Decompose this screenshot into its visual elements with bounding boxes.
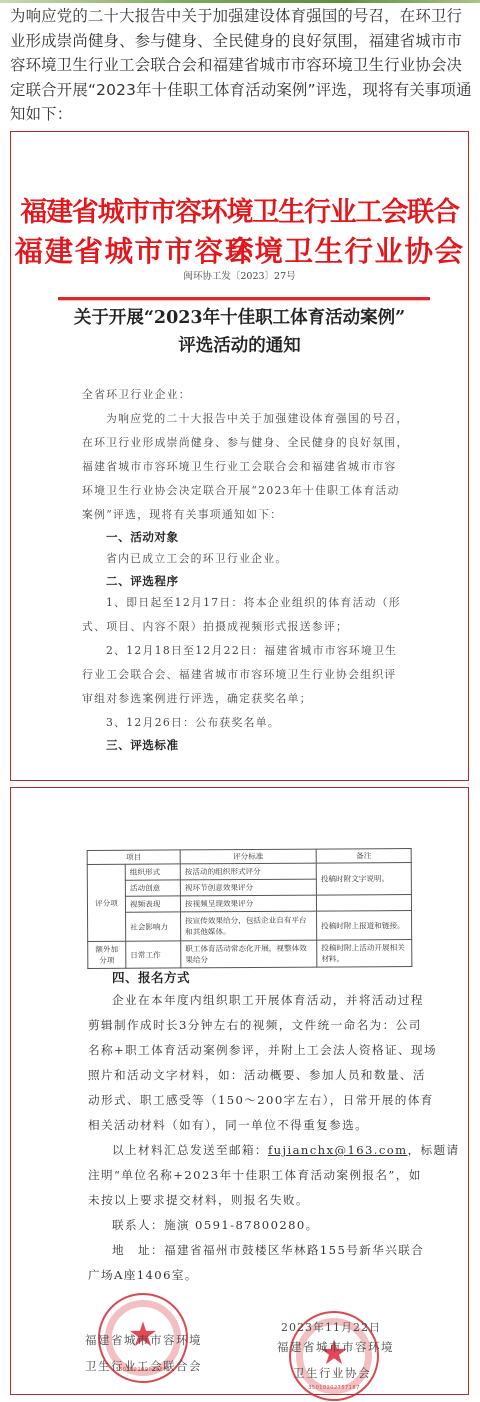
group-cell: 评分项 — [87, 864, 125, 941]
seal-number: 35010202757187 — [291, 1385, 377, 1391]
notice-title-line2: 评选活动的通知 — [11, 332, 468, 357]
body-line: 福建省城市市容环境卫生行业工会联合会和福建省城市市容 — [82, 459, 397, 474]
body-line: 2、12月18日至12月22日：福建省城市市容环境卫生 — [106, 643, 397, 658]
note-cell: 投稿时附文字说明。 — [316, 863, 411, 896]
header-note: 备注 — [316, 849, 411, 864]
table-row: 额外加分项 日常工作 职工体育活动常态化开展，视整体效果给分 投稿时附上活动开展… — [88, 940, 412, 969]
body-line: 省内已成立工会的环卫行业企业。 — [106, 551, 287, 566]
table-row: 视频表现 按视频呈现效果评分 — [87, 895, 411, 913]
signature-left-line2: 卫生行业工会联合会 — [85, 1358, 202, 1374]
item-cell: 日常工作 — [126, 941, 181, 968]
header-item: 项目 — [87, 850, 180, 865]
address-line-2: 广场A座1406室。 — [88, 1267, 198, 1283]
body-line: 照片和活动文字材料，如：活动概要、参加人员和数量、活 — [88, 1067, 426, 1083]
body-line: 式、项目、内容不限）拍摄成视频形式报送参评； — [82, 619, 348, 634]
item-cell: 活动创意 — [125, 880, 180, 896]
date-line: 2023年11月22日 — [281, 1319, 381, 1335]
body-line: 1、即日起至12月17日：将本企业组织的体育活动（形 — [106, 595, 401, 610]
address-line: 地 址：福建省福州市鼓楼区华林路155号新华兴联合 — [112, 1242, 424, 1258]
signature-left-line1: 福建省城市市容环境 — [85, 1332, 202, 1348]
group-cell: 额外加分项 — [88, 941, 126, 968]
notice-title-line1: 关于开展“2023年十佳职工体育活动案例” — [11, 304, 468, 329]
header-criteria: 评分标准 — [180, 849, 316, 864]
note-cell: 投稿时附上报道和链接。 — [317, 911, 412, 941]
scoring-criteria-table: 项目 评分标准 备注 评分项 组织形式 按活动的组织形式评分 投稿时附文字说明。… — [87, 848, 413, 969]
section-heading-4: 四、报名方式 — [112, 968, 190, 986]
body-line: 3、12月26日：公布获奖名单。 — [106, 715, 280, 730]
body-line: 为响应党的二十大报告中关于加强建设体育强国的号召， — [106, 411, 408, 426]
email-link[interactable]: fujianchx@163.com — [268, 1143, 408, 1157]
criteria-cell: 按宣传效果给分，包括企业自有平台和其他媒体。 — [181, 911, 317, 941]
body-line: 在环卫行业形成崇尚健身、参与健身、全民健身的良好氛围， — [82, 435, 409, 450]
body-line: 名称+职工体育活动案例参评，并附上工会法人资格证、现场 — [88, 1042, 437, 1058]
body-line: 案例”评选，现将有关事项通知如下： — [82, 507, 282, 522]
body-line: 企业在本年度内组织职工开展体育活动，并将活动过程 — [112, 992, 424, 1008]
table-row: 评分项 组织形式 按活动的组织形式评分 投稿时附文字说明。 — [87, 863, 411, 881]
body-line: 行业工会联合会、福建省城市市容环境卫生行业协会组织评 — [82, 667, 397, 682]
body-line: 剪辑制作成时长3分钟左右的视频，文件统一命名为：公司 — [88, 1017, 422, 1033]
criteria-cell: 按活动的组织形式评分 — [180, 863, 316, 880]
body-line: 动形式、职工感受等（150～200字左右），日常开展的体育 — [88, 1092, 434, 1108]
document-page-2-image: 项目 评分标准 备注 评分项 组织形式 按活动的组织形式评分 投稿时附文字说明。… — [10, 787, 469, 1395]
note-cell — [316, 895, 411, 912]
top-accent-line — [0, 0, 480, 3]
signature-right-line1: 福建省城市市容环境 — [277, 1339, 394, 1355]
section-heading-2: 二、评选程序 — [106, 573, 179, 589]
table-row: 社会影响力 按宣传效果给分，包括企业自有平台和其他媒体。 投稿时附上报道和链接。 — [88, 911, 412, 942]
email-suffix: ，标题请 — [408, 1143, 460, 1157]
email-line: 以上材料汇总发送至邮箱：fujianchx@163.com，标题请 — [112, 1142, 460, 1158]
note-cell: 投稿时附上活动开展相关材料。 — [317, 940, 412, 968]
contact-line: 联系人：施演 0591-87800280。 — [112, 1217, 319, 1233]
section-heading-3: 三、评选标准 — [106, 737, 179, 753]
salutation: 全省环卫行业企业： — [82, 387, 191, 402]
signature-right-line2: 卫生行业协会 — [293, 1365, 371, 1381]
item-cell: 组织形式 — [125, 864, 180, 880]
body-line: 环境卫生行业协会决定联合开展“2023年十佳职工体育活动 — [82, 483, 400, 498]
criteria-cell: 视环节创意效果评分 — [180, 879, 316, 896]
criteria-cell: 职工体育活动常态化开展，视整体效果给分 — [181, 940, 317, 968]
body-line: 未按以上要求提交材料，则报名失败。 — [88, 1192, 309, 1208]
document-page-1-image: 福建省城市市容环境卫生行业工会联合会 福建省城市市容环境卫生行业协会 闽环协工发… — [10, 131, 469, 781]
item-cell: 视频表现 — [125, 896, 180, 912]
body-line: 注明“单位名称+2023年十佳职工体育活动案例报名”，如 — [88, 1167, 422, 1183]
body-line: 审组对参选案例进行评选，确定获奖名单； — [82, 691, 312, 706]
org-title-association: 福建省城市市容环境卫生行业协会 — [11, 229, 468, 270]
document-number: 闽环协工发〔2023〕27号 — [11, 268, 468, 282]
email-label: 以上材料汇总发送至邮箱： — [112, 1143, 268, 1157]
section-heading-1: 一、活动对象 — [106, 529, 179, 545]
intro-paragraph: 为响应党的二十大报告中关于加强建设体育强国的号召，在环卫行业形成崇尚健身、参与健… — [10, 4, 472, 127]
body-line: 相关活动材料（如有），同一单位不得重复参选。 — [88, 1117, 368, 1133]
red-divider-top — [58, 297, 430, 300]
item-cell: 社会影响力 — [126, 912, 181, 941]
criteria-cell: 按视频呈现效果评分 — [180, 895, 316, 912]
